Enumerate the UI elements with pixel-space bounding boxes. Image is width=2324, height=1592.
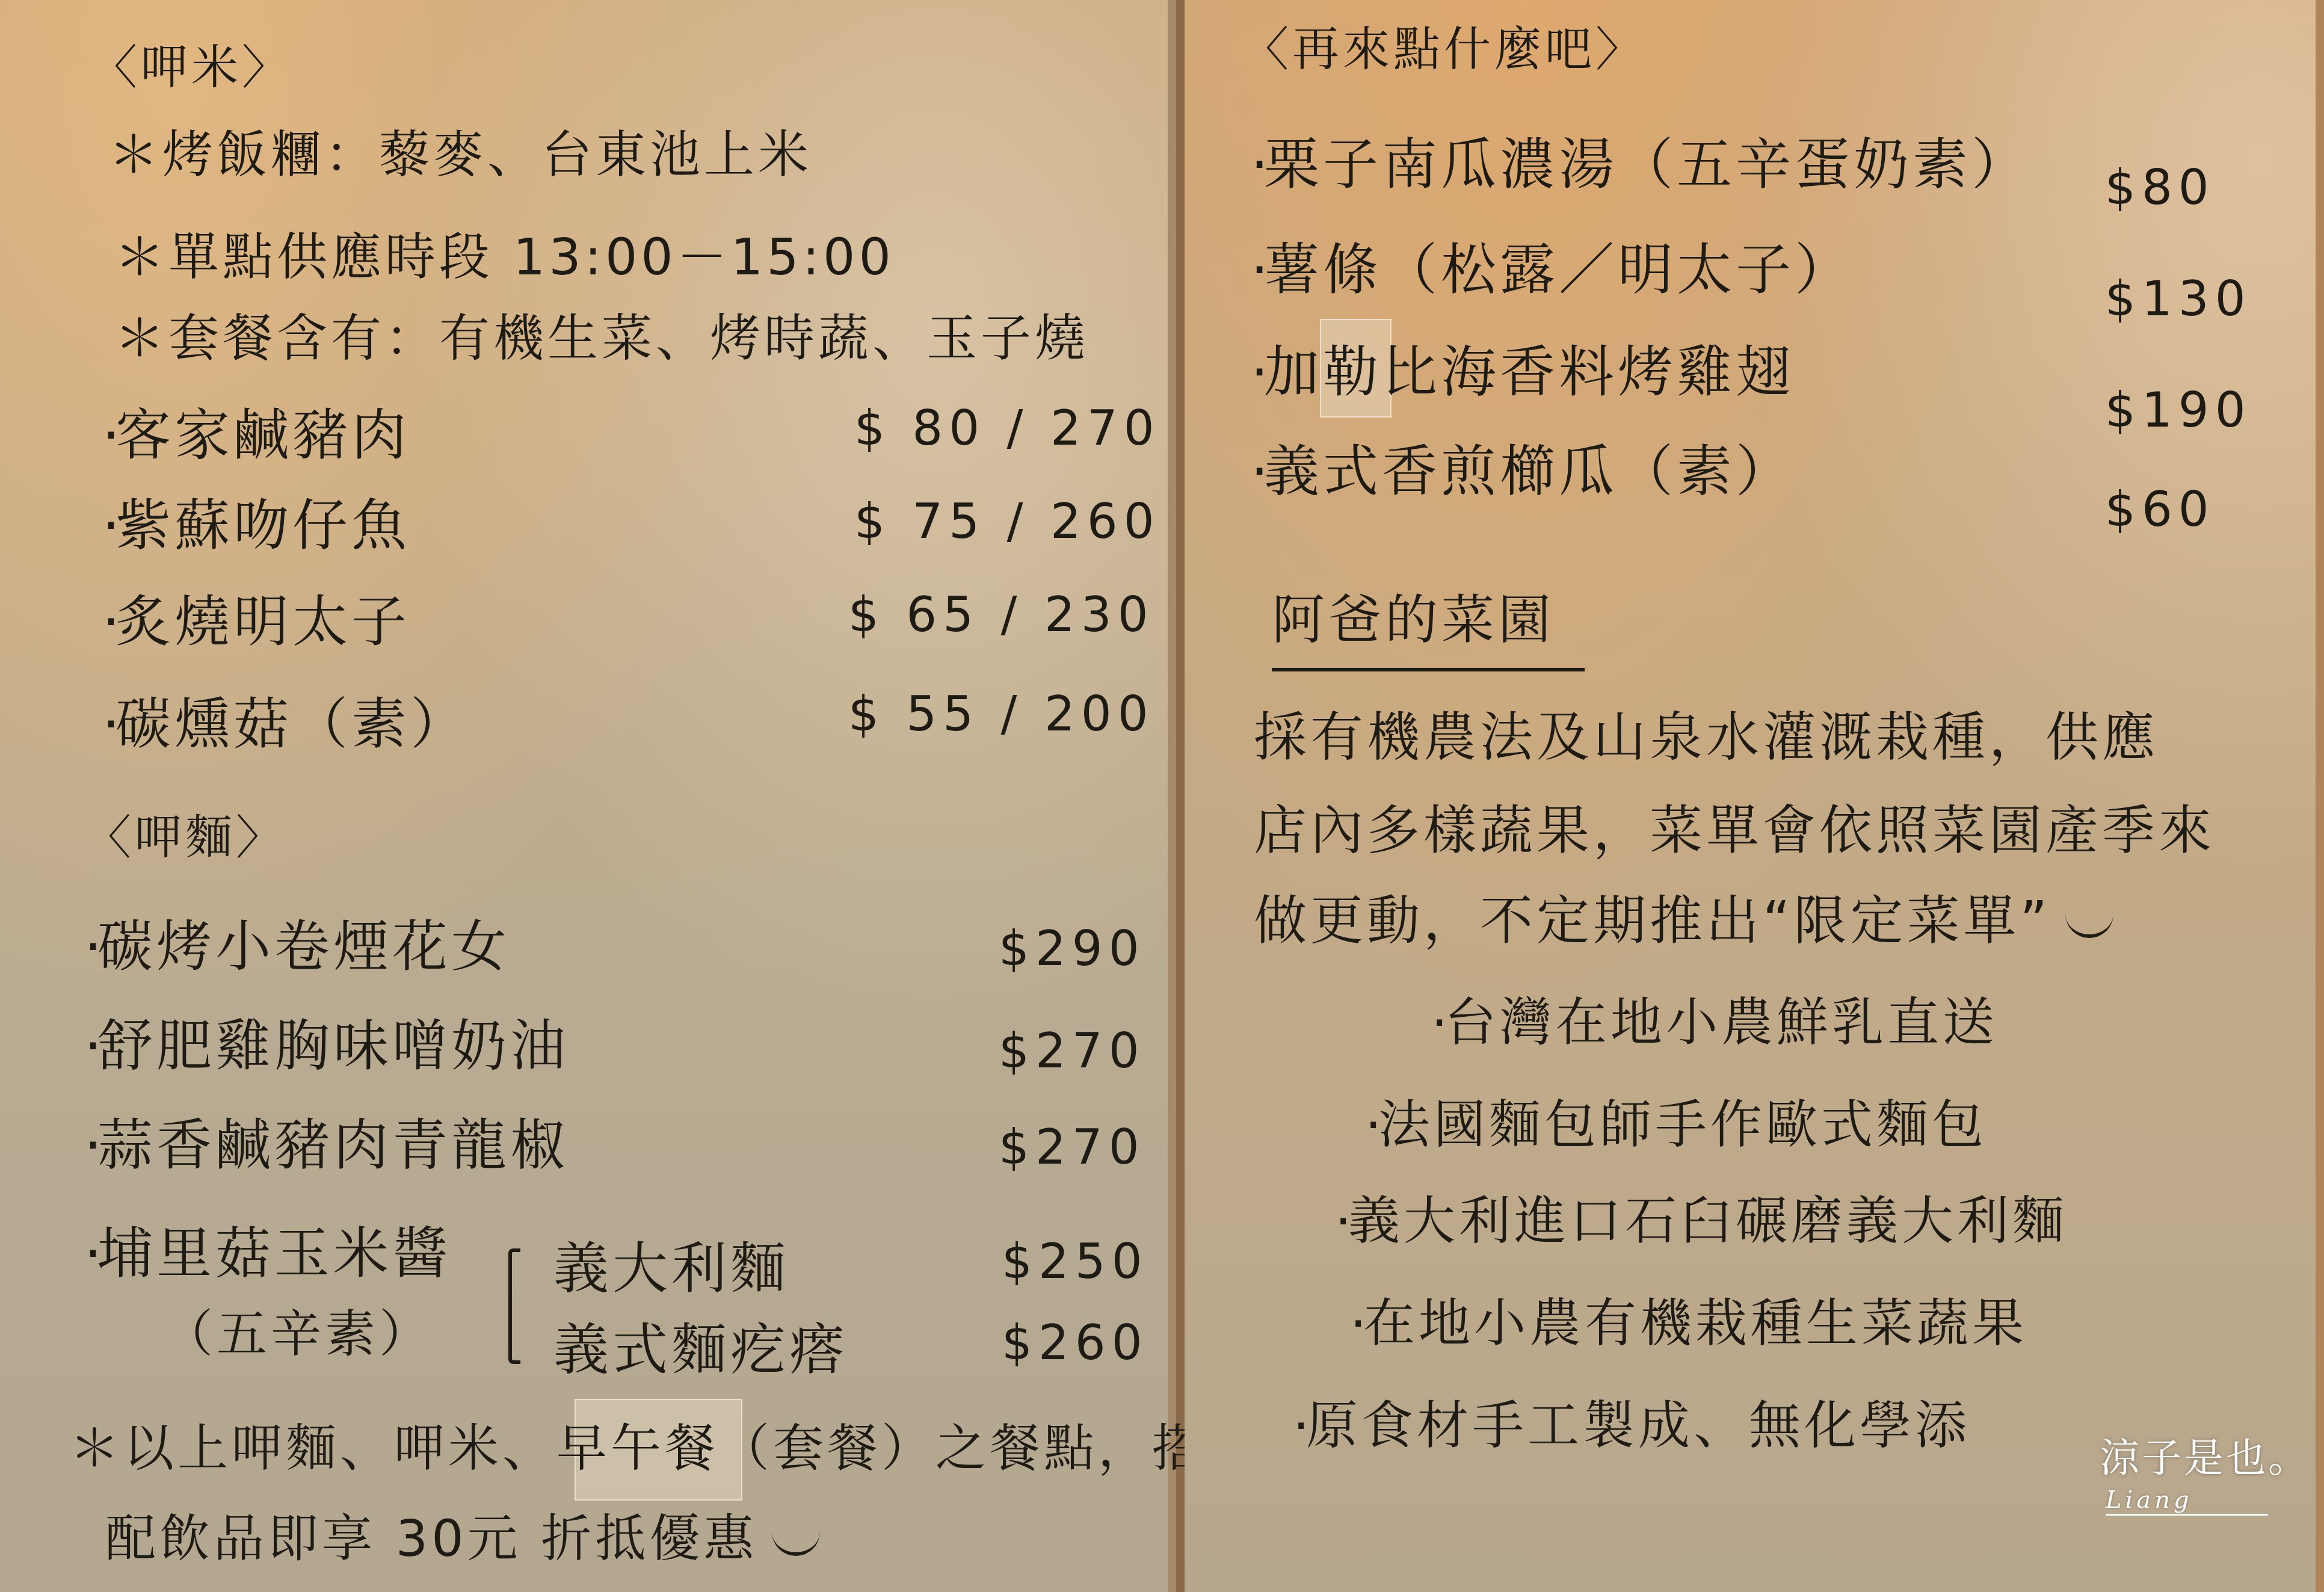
option-price: $250 <box>1002 1233 1148 1289</box>
item-name: 薯條（松露／明太子） <box>1264 238 1854 302</box>
item-name: 炙燒明太子 <box>116 590 410 654</box>
feature-item: ·在地小農有機栽種生菜蔬果 <box>1350 1282 2027 1356</box>
item-name: 碳燻菇（素） <box>116 692 469 756</box>
option-price: $260 <box>1002 1315 1148 1371</box>
section-title-garden: 阿爸的菜園 <box>1272 578 1585 671</box>
note-serving-hours: ＊單點供應時段 13:00－15:00 <box>114 217 895 289</box>
item-price: $190 <box>2105 382 2252 438</box>
item-price: $130 <box>2105 271 2252 327</box>
item-price: $270 <box>999 1119 1145 1175</box>
item-name: 栗子南瓜濃湯（五辛蛋奶素） <box>1264 132 2030 197</box>
feature-item: ·原食材手工製成、無化學添 <box>1293 1384 1970 1458</box>
feature-item: ·台灣在地小農鮮乳直送 <box>1431 981 1998 1055</box>
section-title-noodles: 〈呷麵〉 <box>84 800 286 868</box>
item-price: $ 80 / 270 <box>854 400 1160 456</box>
smiley-icon <box>2065 910 2113 938</box>
item-name: 埔里菇玉米醬 <box>97 1221 451 1286</box>
item-price: $270 <box>999 1023 1145 1079</box>
item-tag: （五辛素） <box>162 1294 433 1366</box>
menu-sheet-right: 〈再來點什麼吧〉 ·栗子南瓜濃湯（五辛蛋奶素） $80 ·薯條（松露／明太子） … <box>1185 0 2316 1592</box>
garden-description-line2: 店內多樣蔬果，菜單會依照菜園產季來 <box>1254 785 2215 875</box>
option-bracket <box>508 1248 520 1364</box>
section-title-extras: 〈再來點什麼吧〉 <box>1242 12 1646 79</box>
option-name: 義式麵疙瘩 <box>553 1306 848 1385</box>
item-price: $ 55 / 200 <box>848 686 1154 742</box>
item-name: 碳烤小卷煙花女 <box>97 915 510 979</box>
note-set-includes: ＊套餐含有：有機生菜、烤時蔬、玉子燒 <box>114 298 1089 371</box>
feature-item: ·義大利進口石臼碾磨義大利麵 <box>1335 1179 2068 1254</box>
item-name: 客家鹹豬肉 <box>116 403 410 467</box>
feature-item: ·法國麵包師手作歐式麵包 <box>1365 1083 1987 1158</box>
item-name: 舒肥雞胸味噌奶油 <box>97 1014 569 1078</box>
item-price: $ 65 / 230 <box>848 587 1154 643</box>
smiley-icon <box>772 1528 820 1556</box>
garden-description-line3: 做更動，不定期推出“限定菜單” <box>1254 875 2113 966</box>
note-rice-ball: ＊烤飯糰：藜麥、台東池上米 <box>108 114 812 187</box>
section-title-rice: 〈呷米〉 <box>90 30 292 97</box>
option-name: 義大利麵 <box>553 1224 789 1304</box>
item-price: $290 <box>999 921 1145 976</box>
item-name: 紫蘇吻仔魚 <box>116 493 410 558</box>
watermark-signature: Liang <box>2106 1486 2268 1516</box>
item-price: $60 <box>2105 481 2215 537</box>
footer-note-line1: ＊以上呷麵、呷米、早午餐（套餐）之餐點，搭 <box>69 1408 1206 1481</box>
item-price: $80 <box>2105 159 2215 215</box>
menu-sheet-left: 〈呷米〉 ＊烤飯糰：藜麥、台東池上米 ＊單點供應時段 13:00－15:00 ＊… <box>0 0 1176 1592</box>
garden-description-line1: 採有機農法及山泉水灌溉栽種，供應 <box>1254 692 2159 782</box>
item-name: 義式香煎櫛瓜（素） <box>1264 439 1795 504</box>
watermark-text: 涼子是也。 <box>2100 1426 2310 1483</box>
item-price: $ 75 / 260 <box>854 493 1160 549</box>
footer-note-line2: 配飲品即享 30元 折抵優惠 <box>105 1498 820 1571</box>
background-edge <box>2316 0 2324 1592</box>
item-name: 加勒比海香料烤雞翅 <box>1264 340 1795 404</box>
item-name: 蒜香鹹豬肉青龍椒 <box>97 1113 569 1177</box>
